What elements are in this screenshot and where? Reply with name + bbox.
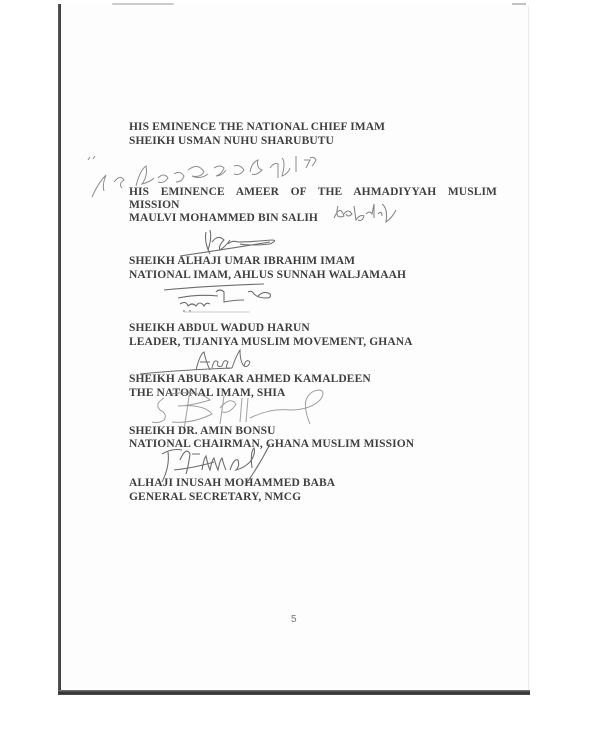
document-page <box>60 4 530 694</box>
scan-artifact <box>112 3 174 5</box>
signatory-3-name: SHEIKH ALHAJI UMAR IBRAHIM IMAM <box>129 255 355 268</box>
signatory-2-title-continued: MISSION <box>129 199 180 212</box>
signatory-7-title: GENERAL SECRETARY, NMCG <box>129 491 301 504</box>
page-bottom-edge <box>58 690 530 695</box>
signatory-5-name: SHEIKH ABUBAKAR AHMED KAMALDEEN <box>129 373 371 386</box>
signature-abdul-wadud <box>160 282 280 316</box>
scan-artifact <box>512 3 526 5</box>
signatory-6-name: SHEIKH DR. AMIN BONSU <box>129 425 276 438</box>
signature-umar-ibrahim <box>150 228 290 258</box>
page-right-edge <box>528 6 529 690</box>
page-number: 5 <box>291 614 297 625</box>
signatory-7-name: ALHAJI INUSAH MOHAMMED BABA <box>129 477 335 490</box>
signatory-2-title: HIS EMINENCE AMEER OF THE AHMADIYYAH MUS… <box>129 186 497 199</box>
signature-abubakar-kamaldeen <box>140 346 280 376</box>
page-left-edge <box>58 4 61 694</box>
signature-salih <box>330 200 400 226</box>
signatory-4-name: SHEIKH ABDUL WADUD HARUN <box>129 322 310 335</box>
signatory-1-title: HIS EMINENCE THE NATIONAL CHIEF IMAM <box>129 121 385 134</box>
signatory-3-title: NATIONAL IMAM, AHLUS SUNNAH WALJAMAAH <box>129 269 406 282</box>
signatory-2-name: MAULVI MOHAMMED BIN SALIH <box>129 212 318 225</box>
signatory-1-name: SHEIKH USMAN NUHU SHARUBUTU <box>129 135 334 148</box>
